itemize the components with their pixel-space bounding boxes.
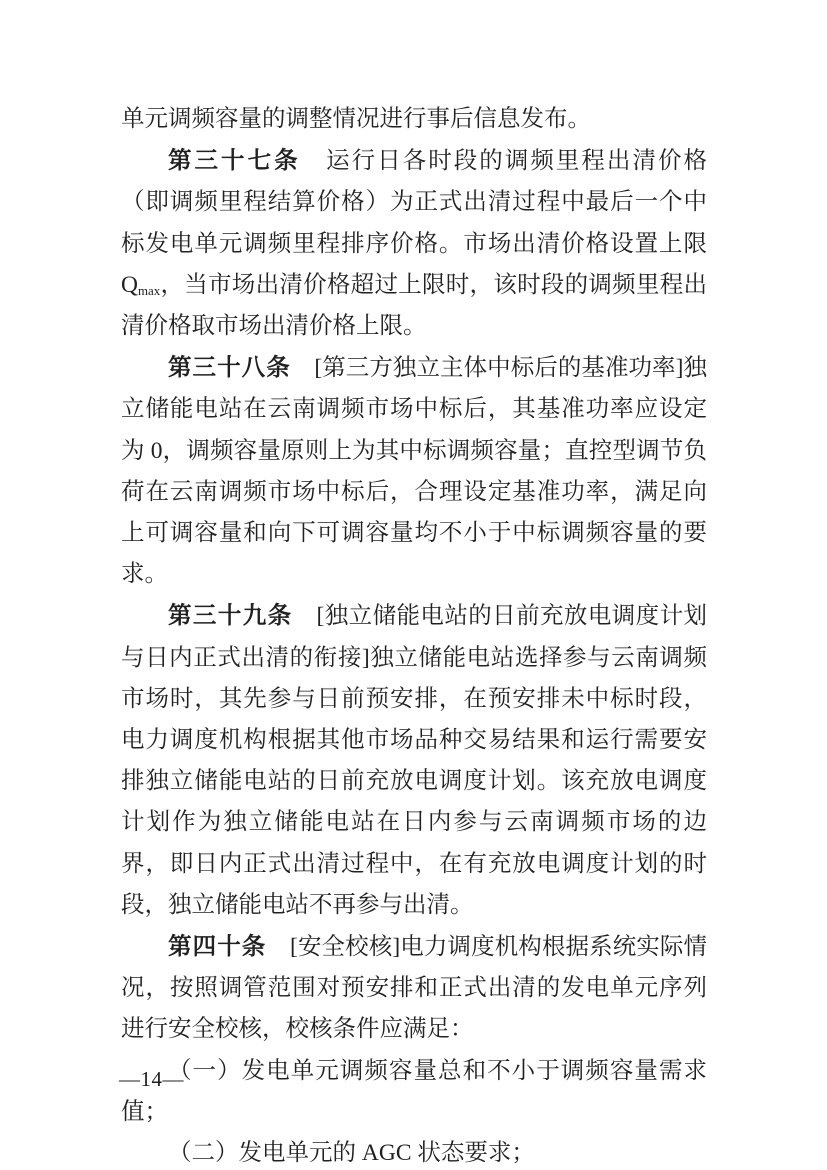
body-text: [独立储能电站的日前充放电调度计划与日内正式出清的衔接]独立储能电站选择参与云南… (121, 603, 707, 917)
article-38: 第三十八条 [第三方独立主体中标后的基准功率]独立储能电站在云南调频市场中标后，… (121, 347, 707, 595)
article-number: 第四十条 (168, 933, 266, 959)
paragraph-continuation: 单元调频容量的调整情况进行事后信息发布。 (121, 99, 707, 140)
document-body: 单元调频容量的调整情况进行事后信息发布。第三十七条 运行日各时段的调频里程出清价… (121, 99, 707, 1170)
article-40: 第四十条 [安全校核]电力调度机构根据系统实际情况，按照调管范围对预安排和正式出… (121, 926, 707, 1051)
article-39: 第三十九条 [独立储能电站的日前充放电调度计划与日内正式出清的衔接]独立储能电站… (121, 595, 707, 926)
list-item-2: （二）发电单元的 AGC 状态要求； (121, 1133, 707, 1170)
body-text: （二）发电单元的 AGC 状态要求； (168, 1140, 535, 1166)
body-text: [第三方独立主体中标后的基准功率]独立储能电站在云南调频市场中标后，其基准功率应… (121, 355, 707, 587)
body-text: ，当市场出清价格超过上限时，该时段的调频里程出清价格取市场出清价格上限。 (121, 272, 707, 339)
body-text: （一）发电单元调频容量总和不小于调频容量需求值； (121, 1058, 707, 1125)
article-number: 第三十八条 (168, 354, 291, 380)
page-number: —14— (119, 1064, 184, 1094)
list-item-1: （一）发电单元调频容量总和不小于调频容量需求值； (121, 1051, 707, 1133)
article-number: 第三十七条 (168, 147, 301, 173)
subscript-text: max (138, 283, 160, 298)
body-text: 单元调频容量的调整情况进行事后信息发布。 (121, 106, 591, 132)
article-37: 第三十七条 运行日各时段的调频里程出清价格（即调频里程结算价格）为正式出清过程中… (121, 140, 707, 347)
body-text: Q (121, 272, 138, 298)
article-number: 第三十九条 (168, 602, 293, 628)
document-page: 单元调频容量的调整情况进行事后信息发布。第三十七条 运行日各时段的调频里程出清价… (0, 0, 827, 1170)
